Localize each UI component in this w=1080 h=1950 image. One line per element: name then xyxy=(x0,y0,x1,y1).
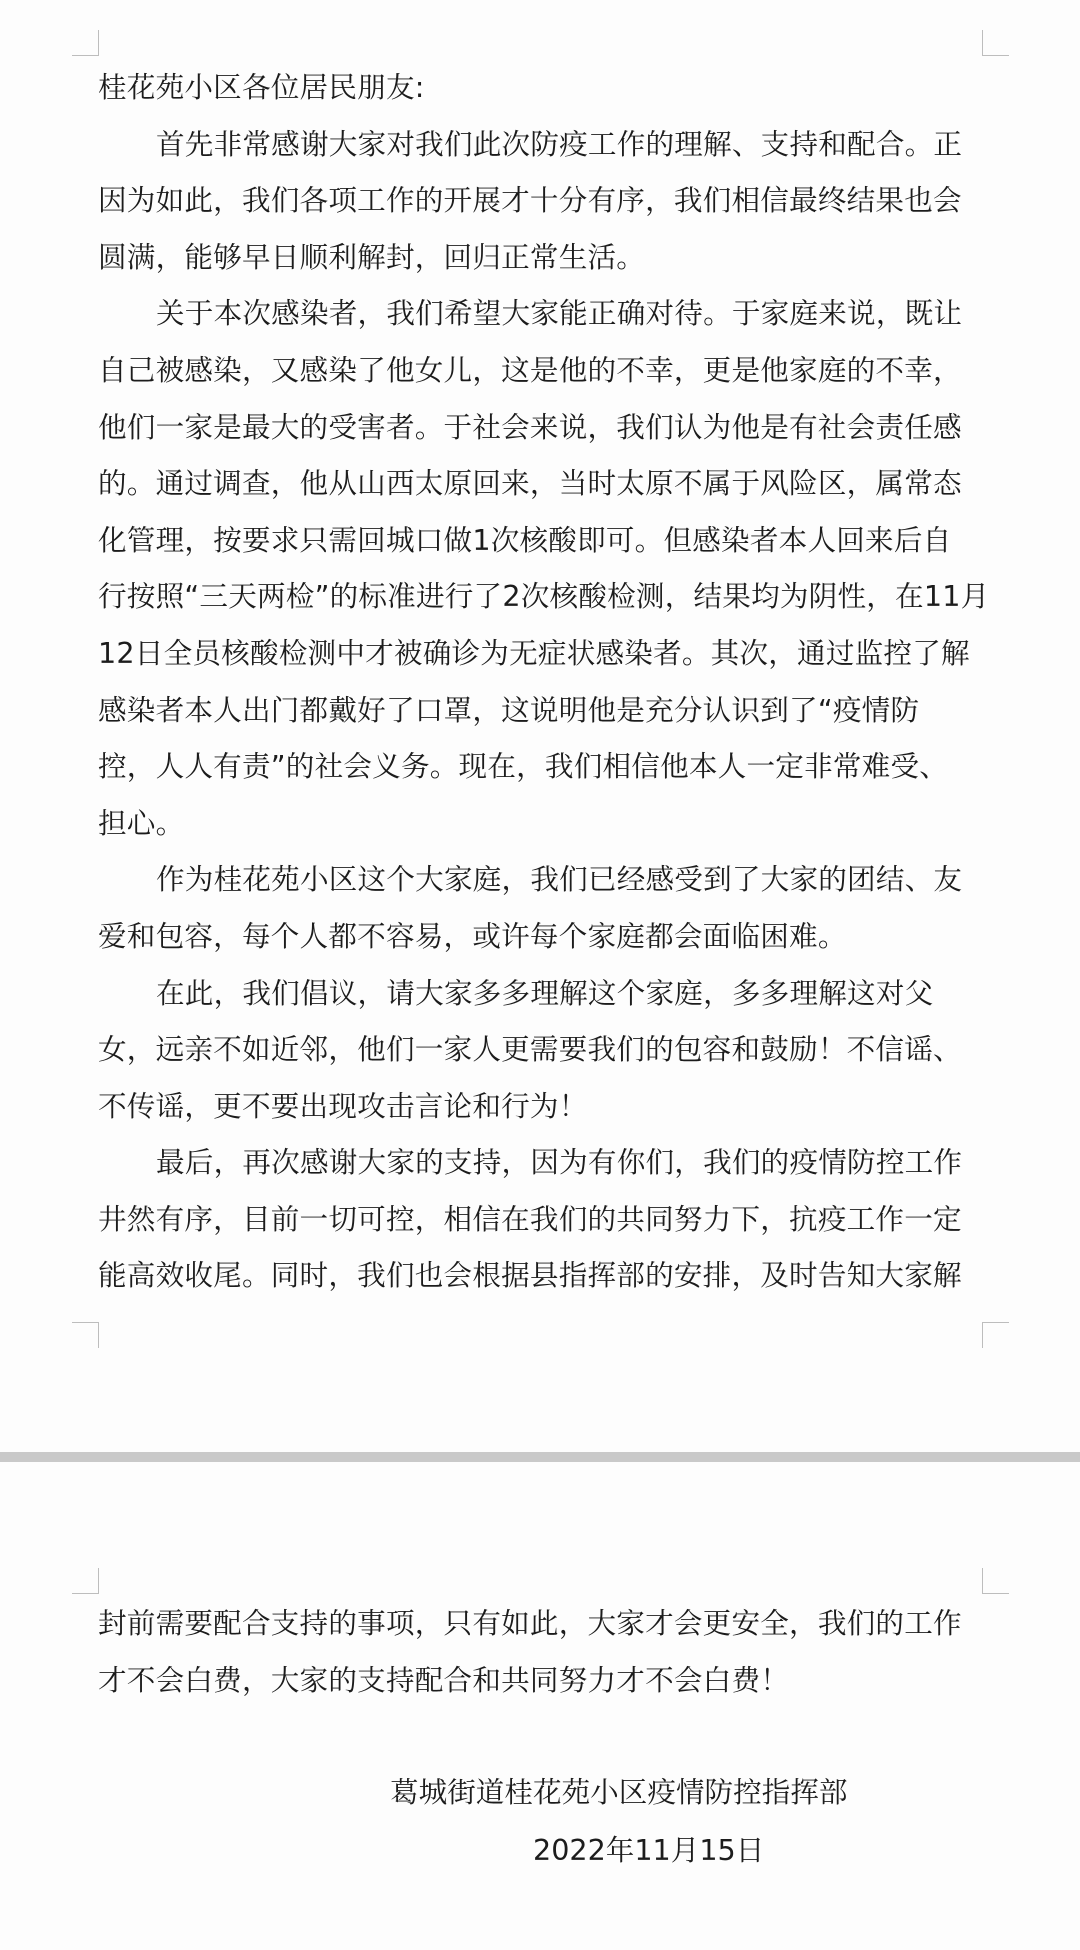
paragraph-line: 的。通过调查，他从山西太原回来，当时太原不属于风险区，属常态 xyxy=(98,455,984,512)
page-corner-mark-bottom-left xyxy=(72,1322,99,1348)
paragraph-line: 在此，我们倡议，请大家多多理解这个家庭，多多理解这对父 xyxy=(98,965,984,1022)
page-corner-mark-top-right xyxy=(982,1568,1009,1594)
paragraph-line: 12日全员核酸检测中才被确诊为无症状感染者。其次，通过监控了解 xyxy=(98,625,984,682)
document-page-2: 封前需要配合支持的事项，只有如此，大家才会更安全，我们的工作 才不会白费，大家的… xyxy=(0,1462,1080,1950)
page-corner-mark-bottom-right xyxy=(982,1322,1009,1348)
paragraph-line: 作为桂花苑小区这个大家庭，我们已经感受到了大家的团结、友 xyxy=(98,851,984,908)
paragraph-line: 井然有序，目前一切可控，相信在我们的共同努力下，抗疫工作一定 xyxy=(98,1191,984,1248)
paragraph-line: 圆满，能够早日顺利解封，回归正常生活。 xyxy=(98,229,984,286)
page-corner-mark-top-left xyxy=(72,30,99,56)
paragraph-line: 化管理，按要求只需回城口做1次核酸即可。但感染者本人回来后自 xyxy=(98,512,984,569)
paragraph-line: 担心。 xyxy=(98,795,984,852)
signature-organization: 葛城街道桂花苑小区疫情防控指挥部 xyxy=(390,1772,848,1812)
paragraph-line: 最后，再次感谢大家的支持，因为有你们，我们的疫情防控工作 xyxy=(98,1134,984,1191)
salutation: 桂花苑小区各位居民朋友: xyxy=(98,59,984,116)
signature-date: 2022年11月15日 xyxy=(533,1830,764,1870)
page-break-divider xyxy=(0,1452,1080,1462)
paragraph-line: 他们一家是最大的受害者。于社会来说，我们认为他是有社会责任感 xyxy=(98,399,984,456)
paragraph-line: 感染者本人出门都戴好了口罩，这说明他是充分认识到了“疫情防 xyxy=(98,682,984,739)
paragraph-line: 爱和包容，每个人都不容易，或许每个家庭都会面临困难。 xyxy=(98,908,984,965)
page-2-body-text: 封前需要配合支持的事项，只有如此，大家才会更安全，我们的工作 才不会白费，大家的… xyxy=(98,1595,984,1708)
document-page-1: 桂花苑小区各位居民朋友: 首先非常感谢大家对我们此次防疫工作的理解、支持和配合。… xyxy=(0,0,1080,1452)
paragraph-line: 关于本次感染者，我们希望大家能正确对待。于家庭来说，既让 xyxy=(98,285,984,342)
paragraph-line: 首先非常感谢大家对我们此次防疫工作的理解、支持和配合。正 xyxy=(98,116,984,173)
page-1-body-text: 桂花苑小区各位居民朋友: 首先非常感谢大家对我们此次防疫工作的理解、支持和配合。… xyxy=(98,59,984,1304)
paragraph-line: 才不会白费，大家的支持配合和共同努力才不会白费！ xyxy=(98,1652,984,1709)
paragraph-line: 能高效收尾。同时，我们也会根据县指挥部的安排，及时告知大家解 xyxy=(98,1247,984,1304)
page-corner-mark-top-left xyxy=(72,1568,99,1594)
paragraph-line: 封前需要配合支持的事项，只有如此，大家才会更安全，我们的工作 xyxy=(98,1595,984,1652)
paragraph-line: 不传谣，更不要出现攻击言论和行为！ xyxy=(98,1078,984,1135)
paragraph-line: 控，人人有责”的社会义务。现在，我们相信他本人一定非常难受、 xyxy=(98,738,984,795)
page-corner-mark-top-right xyxy=(982,30,1009,56)
paragraph-line: 行按照“三天两检”的标准进行了2次核酸检测，结果均为阴性，在11月 xyxy=(98,568,984,625)
paragraph-line: 因为如此，我们各项工作的开展才十分有序，我们相信最终结果也会 xyxy=(98,172,984,229)
paragraph-line: 自己被感染，又感染了他女儿，这是他的不幸，更是他家庭的不幸， xyxy=(98,342,984,399)
paragraph-line: 女，远亲不如近邻，他们一家人更需要我们的包容和鼓励！不信谣、 xyxy=(98,1021,984,1078)
